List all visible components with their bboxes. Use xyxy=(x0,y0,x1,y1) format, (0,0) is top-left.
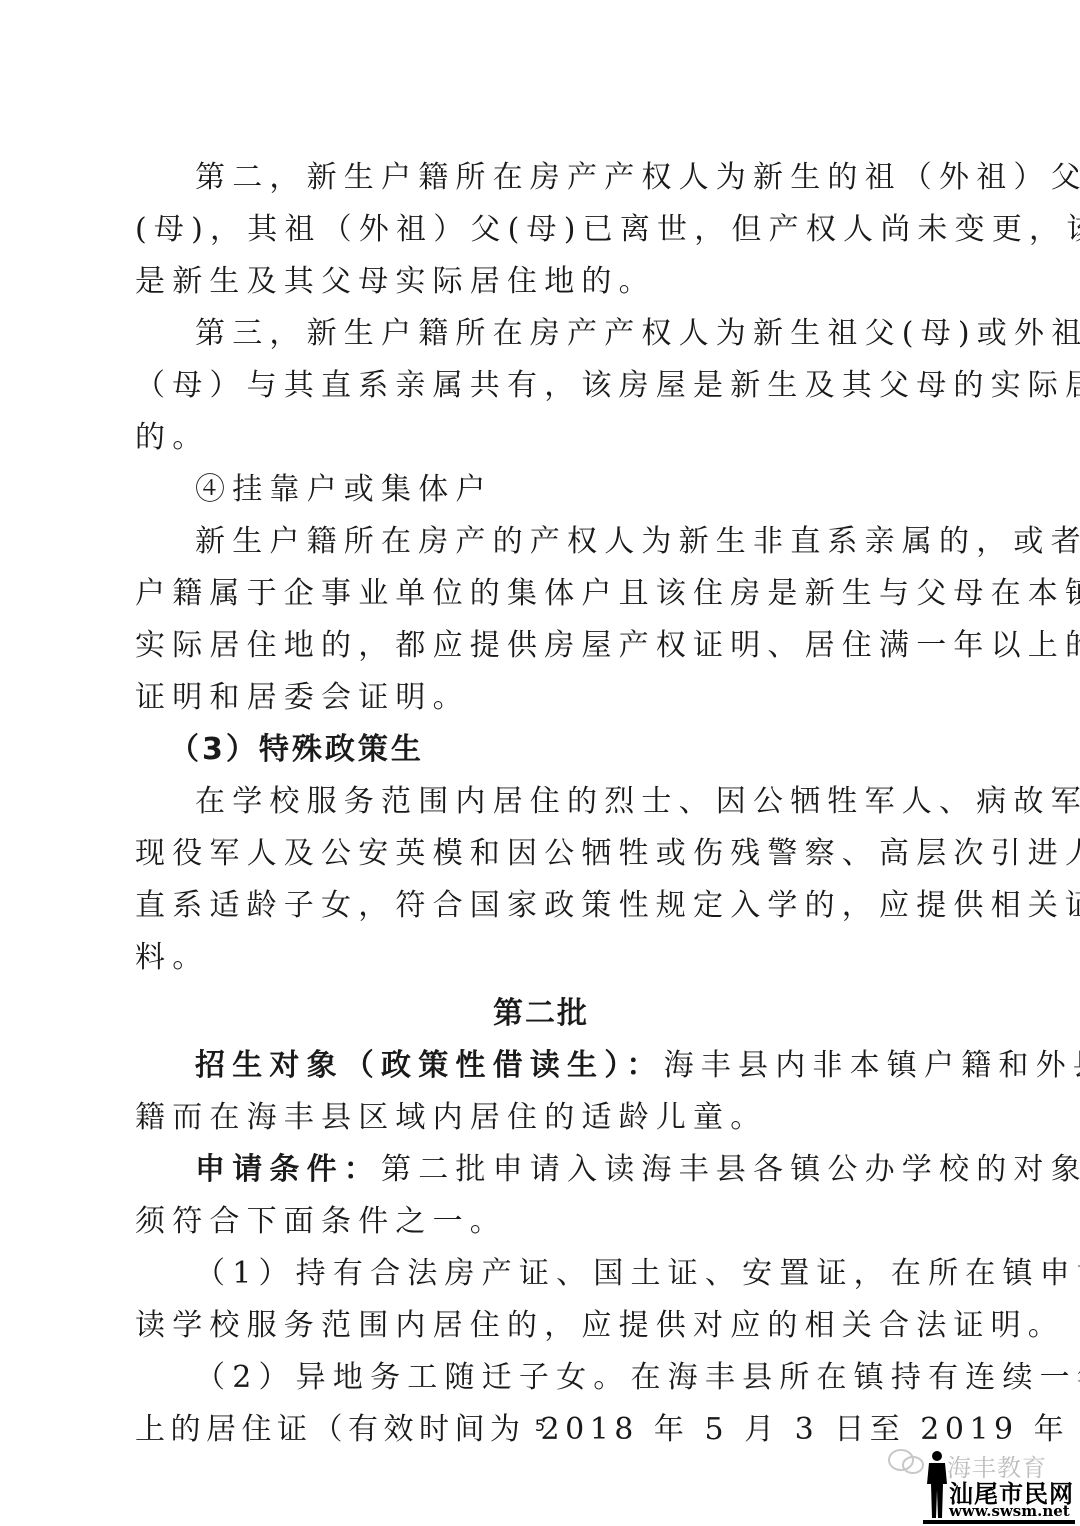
application-conditions-text: 第二批申请入读海丰县各镇公办学校的对象，必 xyxy=(381,1152,1080,1187)
site-url: www.swsm.net xyxy=(949,1502,1070,1520)
text-line: （3）特殊政策生 xyxy=(135,724,947,776)
subsection-title-item4: ④挂靠户或集体户 xyxy=(135,464,947,516)
watermark: 海丰教育 汕尾市民网 www.swsm.net xyxy=(885,1448,1075,1524)
wechat-bubble-icon xyxy=(887,1448,927,1484)
text-line: 须符合下面条件之一。 xyxy=(135,1196,947,1248)
text-line: （母）与其直系亲属共有，该房屋是新生及其父母的实际居住地 xyxy=(135,360,947,412)
text-line: 直系适龄子女，符合国家政策性规定入学的，应提供相关证明材 xyxy=(135,880,947,932)
text-line: 的。 xyxy=(135,412,947,464)
paragraph-application-conditions: 申请条件：第二批申请入读海丰县各镇公办学校的对象，必 须符合下面条件之一。 xyxy=(135,1144,947,1248)
paragraph-special-policy-body: 在学校服务范围内居住的烈士、因公牺牲军人、病故军人、 现役军人及公安英模和因公牺… xyxy=(135,776,947,984)
text-line: 新生户籍所在房产的产权人为新生非直系亲属的，或者新生 xyxy=(135,516,947,568)
text-line: 是新生及其父母实际居住地的。 xyxy=(135,256,947,308)
text-line: （1）持有合法房产证、国土证、安置证，在所在镇申请入 xyxy=(135,1248,947,1300)
enrollment-target-label: 招生对象（政策性借读生）： xyxy=(195,1048,664,1083)
text-line: ④挂靠户或集体户 xyxy=(135,464,947,516)
text-line: 申请条件：第二批申请入读海丰县各镇公办学校的对象，必 xyxy=(135,1144,947,1196)
document-page: 第二，新生户籍所在房产产权人为新生的祖（外祖）父 (母)，其祖（外祖）父(母)已… xyxy=(135,152,947,1456)
page-number: 5 xyxy=(0,1416,1080,1435)
application-conditions-label: 申请条件： xyxy=(195,1152,381,1187)
subsection-title-special-policy: （3）特殊政策生 xyxy=(135,724,947,776)
text-line: 籍而在海丰县区域内居住的适龄儿童。 xyxy=(135,1092,947,1144)
text-line: 招生对象（政策性借读生）：海丰县内非本镇户籍和外县户 xyxy=(135,1040,947,1092)
standing-person-icon xyxy=(925,1450,949,1520)
section-heading-second-batch: 第二批 xyxy=(135,988,947,1040)
text-line: 读学校服务范围内居住的，应提供对应的相关合法证明。 xyxy=(135,1300,947,1352)
text-line: 第三，新生户籍所在房产产权人为新生祖父(母)或外祖父 xyxy=(135,308,947,360)
text-line: 现役军人及公安英模和因公牺牲或伤残警察、高层次引进人才的 xyxy=(135,828,947,880)
paragraph-enrollment-target: 招生对象（政策性借读生）：海丰县内非本镇户籍和外县户 籍而在海丰县区域内居住的适… xyxy=(135,1040,947,1144)
text-line: 第二，新生户籍所在房产产权人为新生的祖（外祖）父 xyxy=(135,152,947,204)
text-line: 在学校服务范围内居住的烈士、因公牺牲军人、病故军人、 xyxy=(135,776,947,828)
text-line: 户籍属于企事业单位的集体户且该住房是新生与父母在本镇内的 xyxy=(135,568,947,620)
paragraph-second-case: 第二，新生户籍所在房产产权人为新生的祖（外祖）父 (母)，其祖（外祖）父(母)已… xyxy=(135,152,947,308)
text-line: 实际居住地的，都应提供房屋产权证明、居住满一年以上的相关 xyxy=(135,620,947,672)
text-line: （2）异地务工随迁子女。在海丰县所在镇持有连续一年以 xyxy=(135,1352,947,1404)
paragraph-item4-body: 新生户籍所在房产的产权人为新生非直系亲属的，或者新生 户籍属于企事业单位的集体户… xyxy=(135,516,947,724)
paragraph-third-case: 第三，新生户籍所在房产产权人为新生祖父(母)或外祖父 （母）与其直系亲属共有，该… xyxy=(135,308,947,464)
paragraph-condition-2: （2）异地务工随迁子女。在海丰县所在镇持有连续一年以 上的居住证（有效时间为 2… xyxy=(135,1352,947,1456)
text-line: 料。 xyxy=(135,932,947,984)
enrollment-target-text: 海丰县内非本镇户籍和外县户 xyxy=(664,1048,1080,1083)
paragraph-condition-1: （1）持有合法房产证、国土证、安置证，在所在镇申请入 读学校服务范围内居住的，应… xyxy=(135,1248,947,1352)
text-line: (母)，其祖（外祖）父(母)已离世，但产权人尚未变更，该房屋 xyxy=(135,204,947,256)
text-line: 证明和居委会证明。 xyxy=(135,672,947,724)
watermark-base-bar xyxy=(923,1520,1075,1524)
